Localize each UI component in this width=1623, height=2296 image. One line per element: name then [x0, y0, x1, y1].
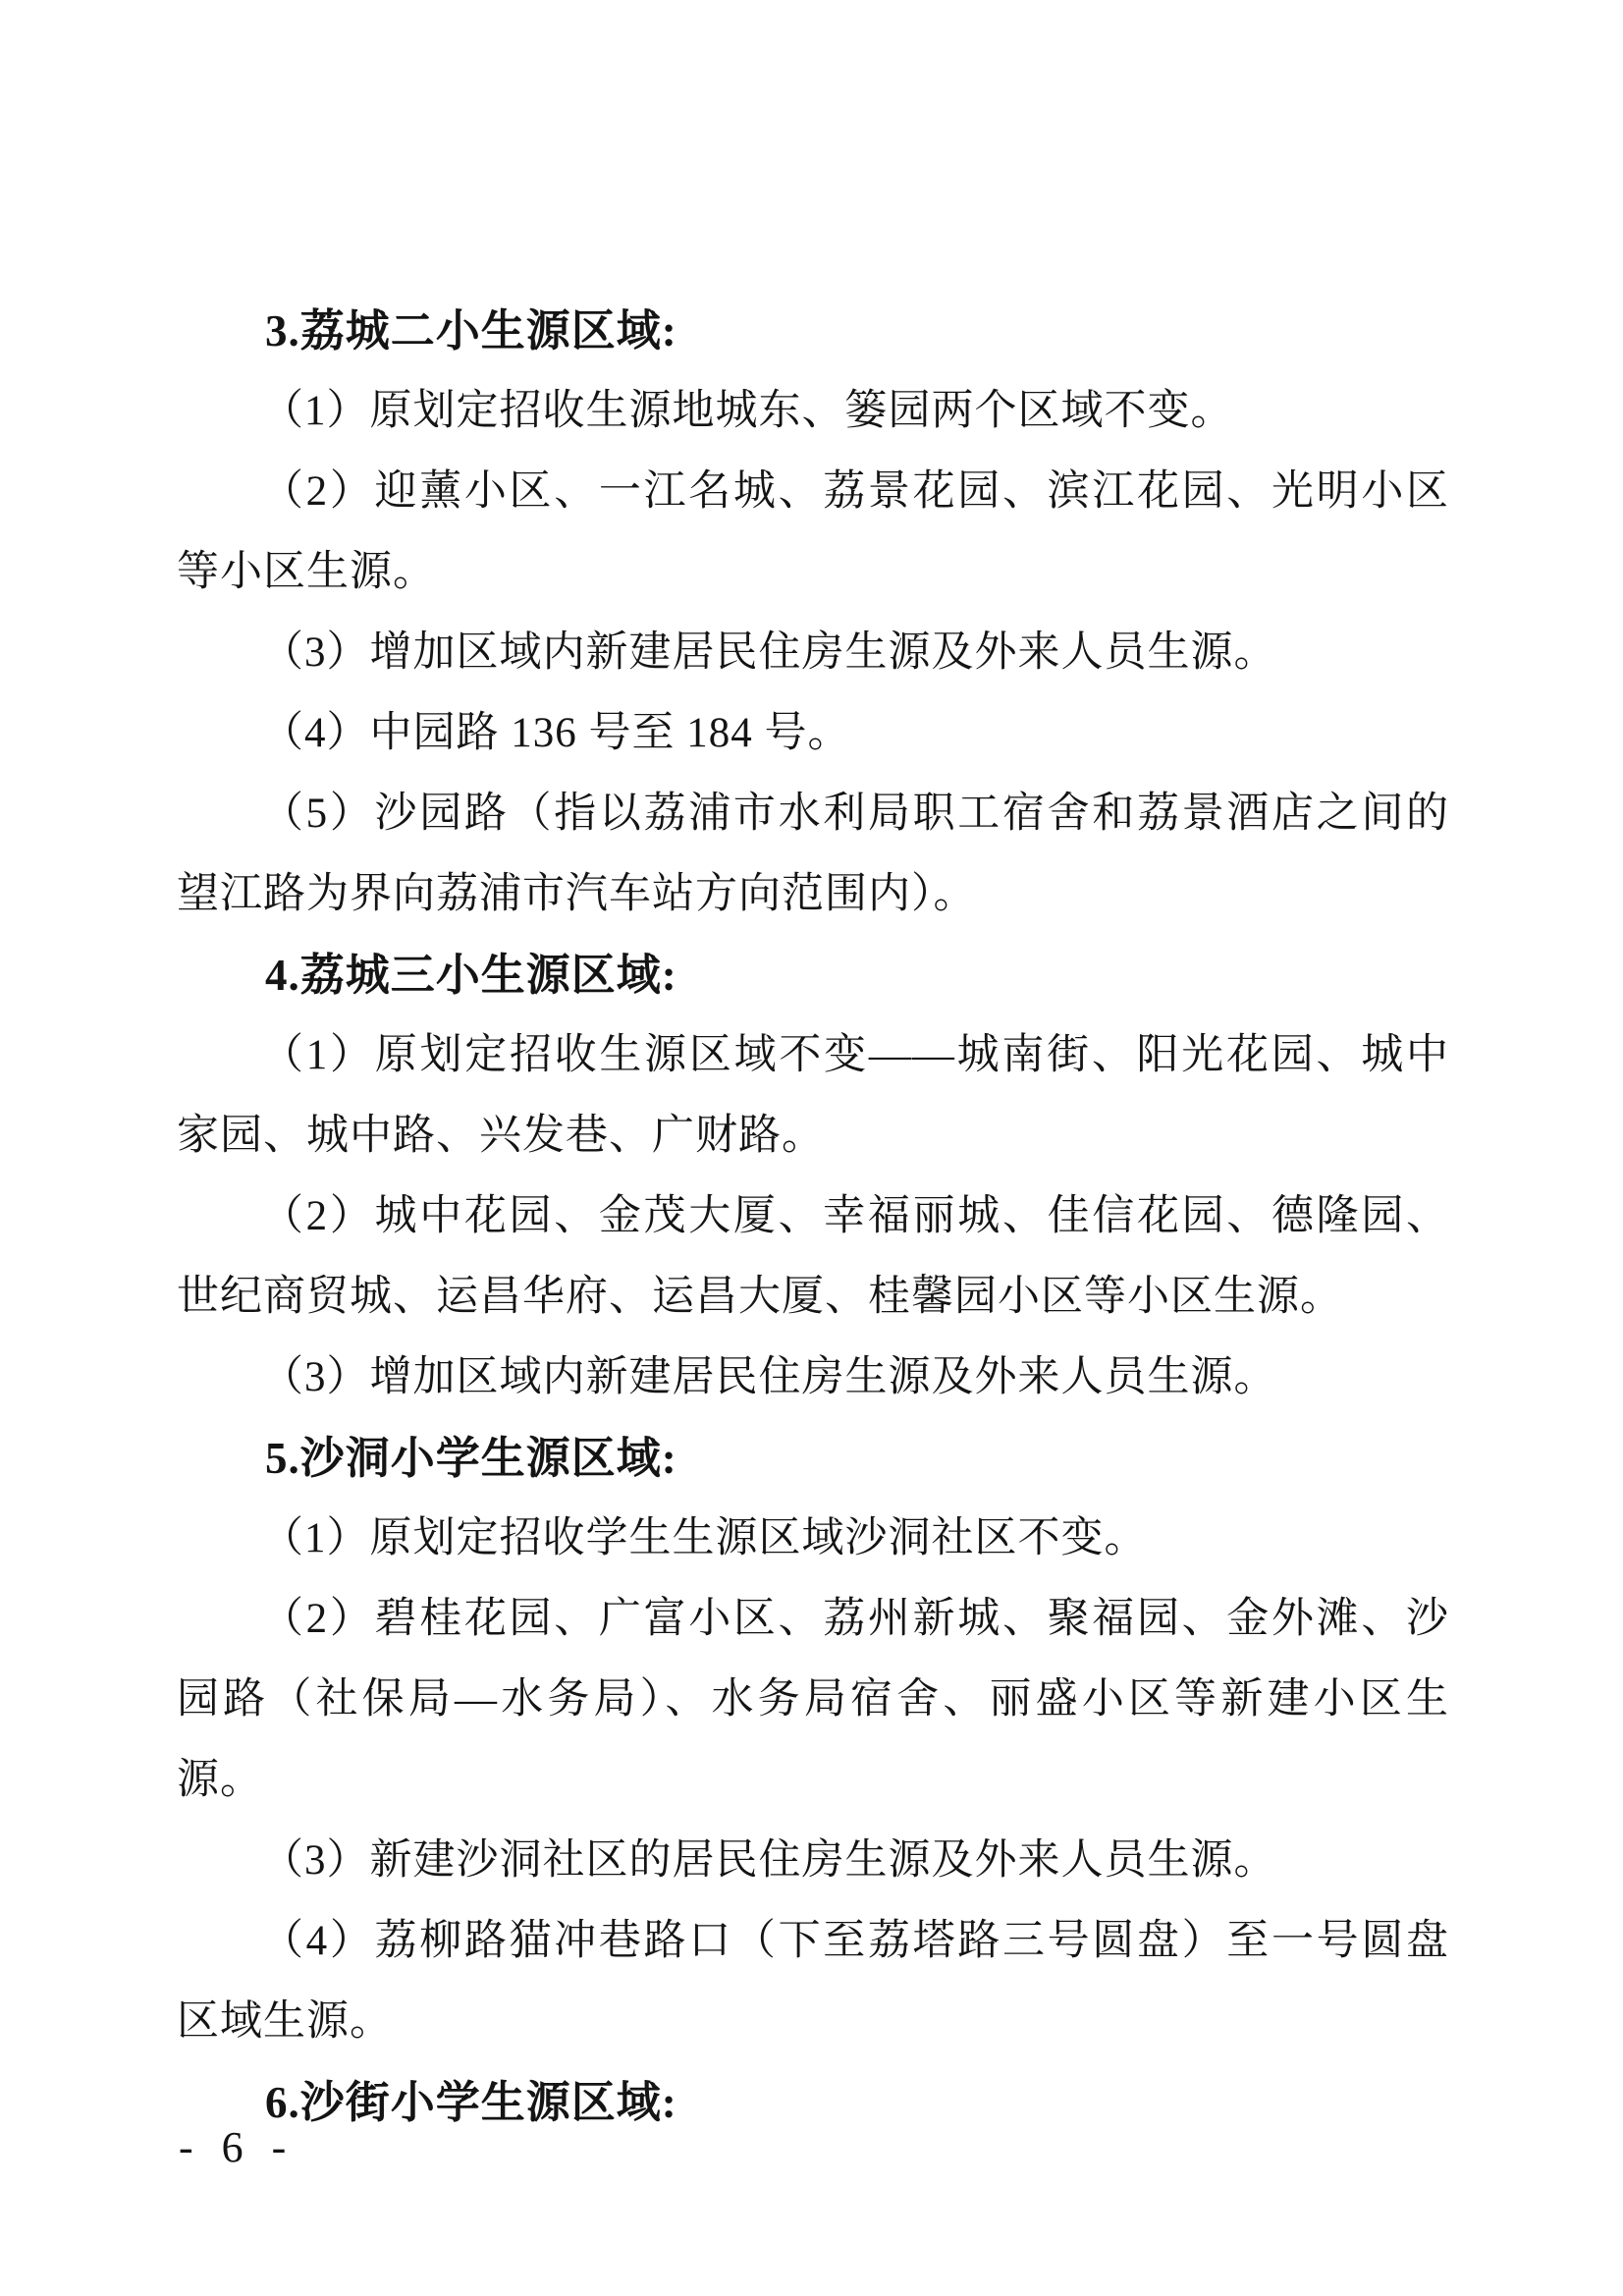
section-heading: 4.荔城三小生源区域: — [177, 935, 1449, 1015]
paragraph: （3）增加区域内新建居民住房生源及外来人员生源。 — [177, 613, 1449, 693]
document-body: 3.荔城二小生源区域: （1）原划定招收生源地城东、篓园两个区域不变。 （2）迎… — [177, 291, 1449, 2143]
paragraph: （4）中园路 136 号至 184 号。 — [177, 693, 1449, 774]
paragraph: （2）城中花园、金茂大厦、幸福丽城、佳信花园、德隆园、世纪商贸城、运昌华府、运昌… — [177, 1176, 1449, 1338]
section-heading: 5.沙洞小学生源区域: — [177, 1418, 1449, 1499]
paragraph: （2）迎薰小区、一江名城、荔景花园、滨江花园、光明小区等小区生源。 — [177, 452, 1449, 613]
paragraph: （5）沙园路（指以荔浦市水利局职工宿舍和荔景酒店之间的望江路为界向荔浦市汽车站方… — [177, 774, 1449, 935]
paragraph: （4）荔柳路猫冲巷路口（下至荔塔路三号圆盘）至一号圆盘区域生源。 — [177, 1901, 1449, 2062]
paragraph: （1）原划定招收生源区域不变——城南街、阳光花园、城中家园、城中路、兴发巷、广财… — [177, 1015, 1449, 1176]
page-number: - 6 - — [179, 2118, 295, 2177]
paragraph: （3）新建沙洞社区的居民住房生源及外来人员生源。 — [177, 1821, 1449, 1901]
paragraph: （3）增加区域内新建居民住房生源及外来人员生源。 — [177, 1338, 1449, 1418]
paragraph: （1）原划定招收生源地城东、篓园两个区域不变。 — [177, 371, 1449, 452]
section-heading: 3.荔城二小生源区域: — [177, 291, 1449, 371]
paragraph: （2）碧桂花园、广富小区、荔州新城、聚福园、金外滩、沙园路（社保局—水务局）、水… — [177, 1579, 1449, 1821]
section-heading: 6.沙街小学生源区域: — [177, 2062, 1449, 2143]
document-page: 3.荔城二小生源区域: （1）原划定招收生源地城东、篓园两个区域不变。 （2）迎… — [0, 0, 1623, 2296]
paragraph: （1）原划定招收学生生源区域沙洞社区不变。 — [177, 1499, 1449, 1579]
